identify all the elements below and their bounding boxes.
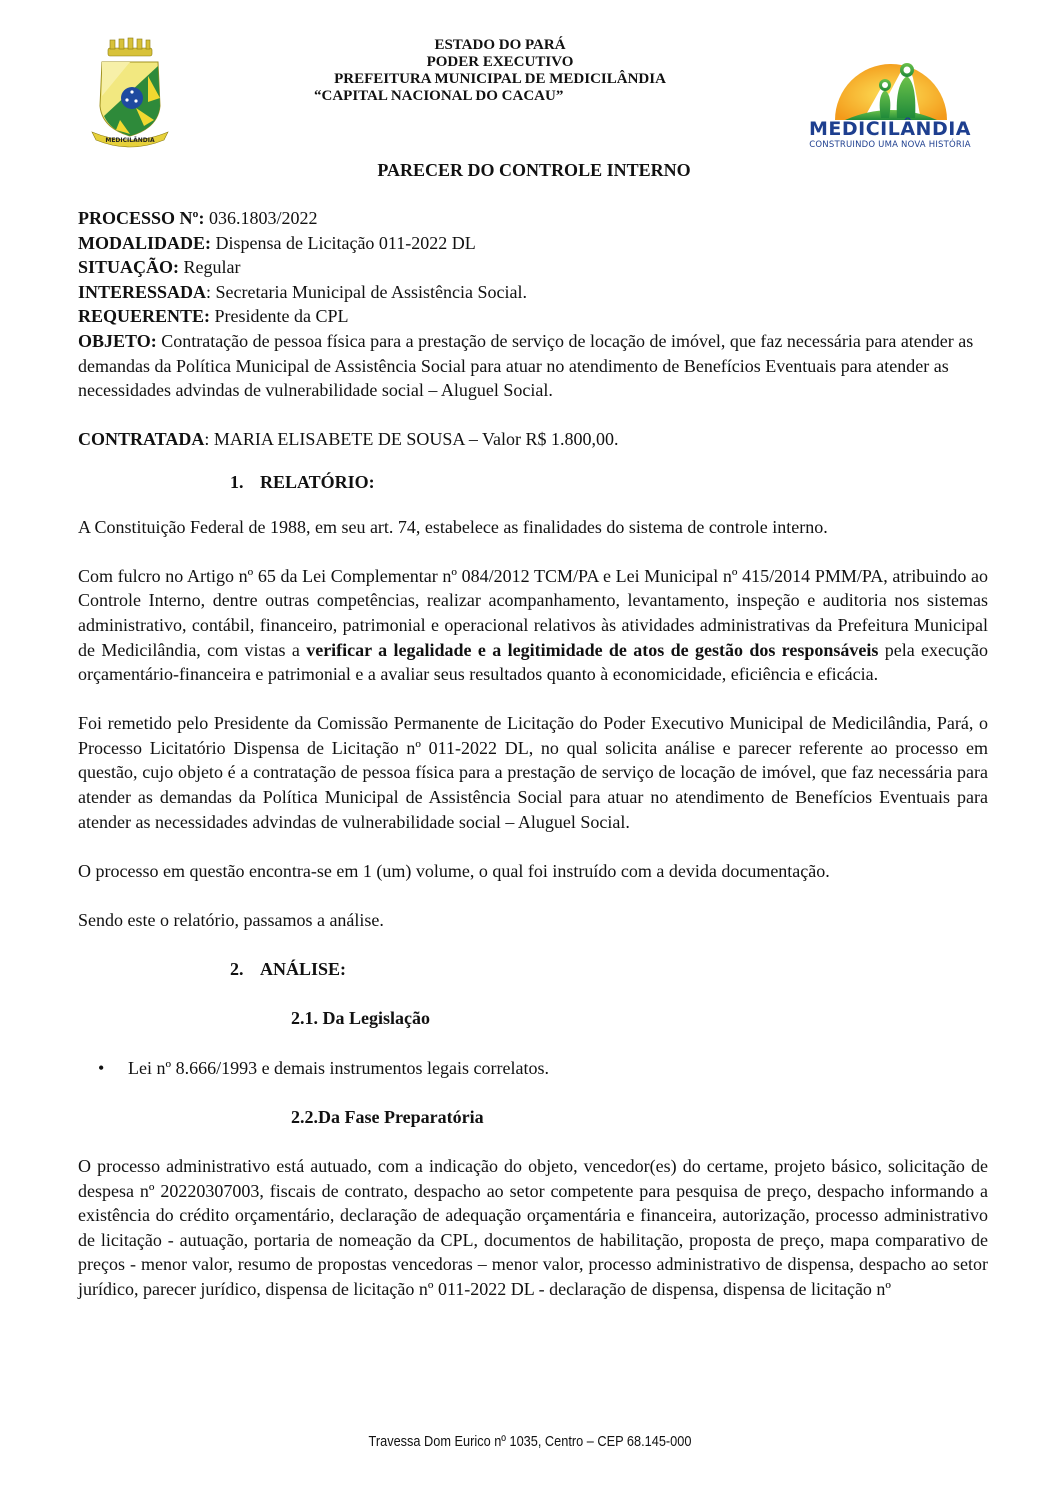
letterhead-text: ESTADO DO PARÁ PODER EXECUTIVO PREFEITUR… [290, 37, 710, 105]
bullet-icon: • [98, 1056, 104, 1081]
state-line: ESTADO DO PARÁ [290, 37, 710, 54]
svg-text:MEDICILÂNDIA: MEDICILÂNDIA [105, 137, 155, 144]
meta-modality: MODALIDADE: Dispensa de Licitação 011-20… [78, 231, 988, 256]
motto-line: “CAPITAL NACIONAL DO CACAU” [290, 88, 710, 105]
emphasis-text: verificar a legalidade e a legitimidade … [306, 640, 878, 660]
subsection-heading-fase-preparatoria: 2.2.Da Fase Preparatória [78, 1105, 988, 1130]
section-heading-analise: 2.ANÁLISE: [78, 957, 988, 982]
meta-contractor: CONTRATADA: MARIA ELISABETE DE SOUSA – V… [78, 427, 988, 452]
list-item: •Lei nº 8.666/1993 e demais instrumentos… [78, 1056, 988, 1081]
process-metadata: PROCESSO Nº: 036.1803/2022 MODALIDADE: D… [78, 206, 988, 403]
document-body: PROCESSO Nº: 036.1803/2022 MODALIDADE: D… [78, 206, 988, 1302]
meta-status: SITUAÇÃO: Regular [78, 255, 988, 280]
letterhead: MEDICILÂNDIA ESTADO DO PARÁ PODER EXECUT… [0, 0, 1060, 160]
meta-requester: REQUERENTE: Presidente da CPL [78, 304, 988, 329]
city-logo: MEDICILÂNDIA CONSTRUINDO UMA NOVA HISTÓR… [785, 30, 995, 155]
sun-people-logo-icon [785, 30, 995, 122]
page-footer-address: Travessa Dom Eurico nº 1035, Centro – CE… [80, 1433, 981, 1450]
branch-line: PODER EXECUTIVO [290, 54, 710, 71]
section-heading-relatorio: 1.RELATÓRIO: [78, 470, 988, 495]
paragraph: Sendo este o relatório, passamos a análi… [78, 908, 988, 933]
paragraph: O processo em questão encontra-se em 1 (… [78, 859, 988, 884]
paragraph: Com fulcro no Artigo nº 65 da Lei Comple… [78, 564, 988, 687]
municipal-crest-icon: MEDICILÂNDIA [88, 36, 172, 148]
meta-interested: INTERESSADA: Secretaria Municipal de Ass… [78, 280, 988, 305]
subsection-heading-legislacao: 2.1. Da Legislação [78, 1006, 988, 1031]
paragraph: O processo administrativo está autuado, … [78, 1154, 988, 1302]
logo-tagline: CONSTRUINDO UMA NOVA HISTÓRIA [785, 140, 995, 150]
meta-process: PROCESSO Nº: 036.1803/2022 [78, 206, 988, 231]
logo-wordmark: MEDICILÂNDIA [785, 118, 995, 140]
paragraph: Foi remetido pelo Presidente da Comissão… [78, 711, 988, 834]
paragraph: A Constituição Federal de 1988, em seu a… [78, 515, 988, 540]
meta-object: OBJETO: Contratação de pessoa física par… [78, 329, 988, 403]
document-title: PARECER DO CONTROLE INTERNO [0, 160, 1060, 181]
municipality-line: PREFEITURA MUNICIPAL DE MEDICILÂNDIA [290, 71, 710, 88]
